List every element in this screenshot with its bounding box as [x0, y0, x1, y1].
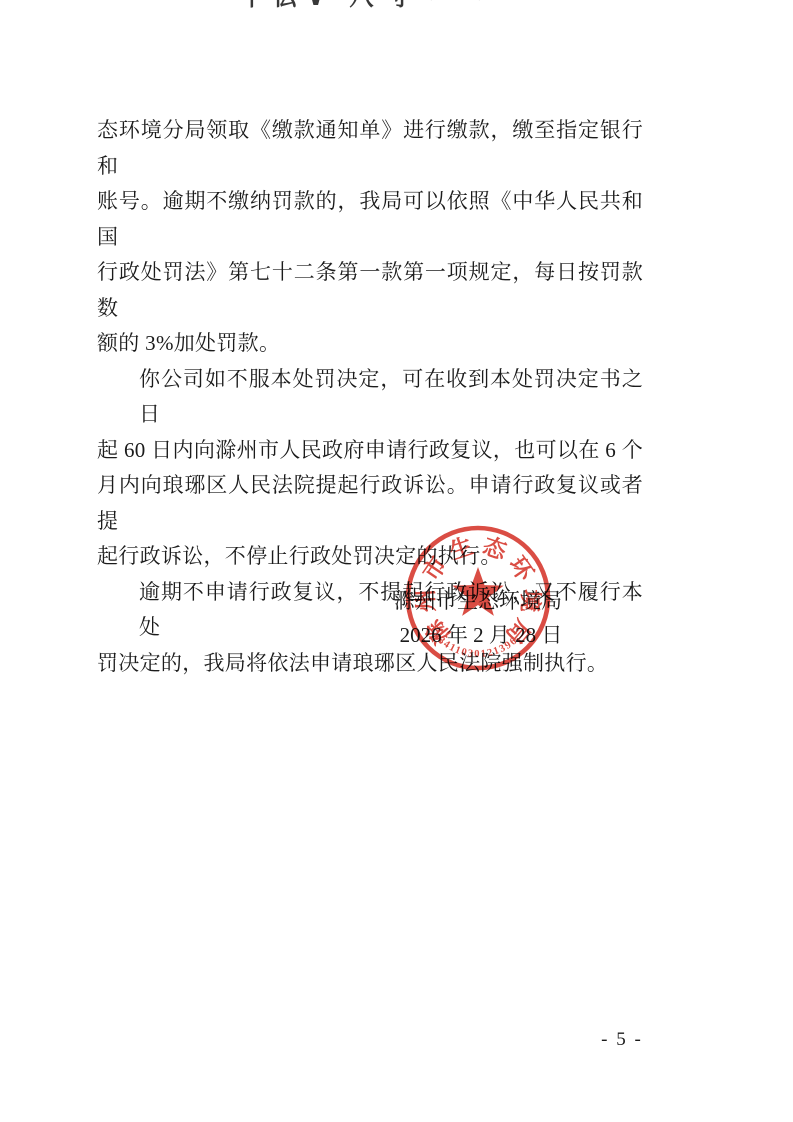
seal-ring-char: 境: [517, 588, 544, 612]
official-seal-stamp: 滁 州 市 生 态 环 境 局 3411030121396: [398, 518, 558, 678]
body-line: 罚决定的，我局将依法申请琅琊区人民法院强制执行。: [97, 646, 643, 682]
body-line: 额的 3%加处罚款。: [97, 326, 643, 362]
document-page: 丷丨仏∨ 八刂丶 丶 丶 丷 态环境分局领取《缴款通知单》进行缴款，缴至指定银行…: [0, 0, 793, 1122]
body-line: 起 60 日内向滁州市人民政府申请行政复议，也可以在 6 个: [97, 433, 643, 469]
seal-star-icon: [452, 567, 503, 616]
body-line: 态环境分局领取《缴款通知单》进行缴款，缴至指定银行和: [97, 113, 643, 184]
seal-ring-char: 态: [480, 532, 511, 564]
body-line: 你公司如不服本处罚决定，可在收到本处罚决定书之日: [97, 362, 643, 433]
body-line: 月内向琅琊区人民法院提起行政诉讼。申请行政复议或者提: [97, 468, 643, 539]
page-number: - 5 -: [572, 1029, 672, 1051]
scan-edge-fragments: 丷丨仏∨ 八刂丶 丶 丶 丷: [207, 0, 487, 14]
body-line: 起行政诉讼，不停止行政处罚决定的执行。: [97, 539, 643, 575]
body-line: 账号。逾期不缴纳罚款的，我局可以依照《中华人民共和国: [97, 184, 643, 255]
body-line: 行政处罚法》第七十二条第一款第一项规定，每日按罚款数: [97, 255, 643, 326]
scan-edge-fragments-text: 丷丨仏∨ 八刂丶 丶 丶 丷: [207, 0, 487, 10]
seal-ring-char: 州: [413, 588, 439, 612]
seal-ring-char: 生: [447, 533, 477, 564]
